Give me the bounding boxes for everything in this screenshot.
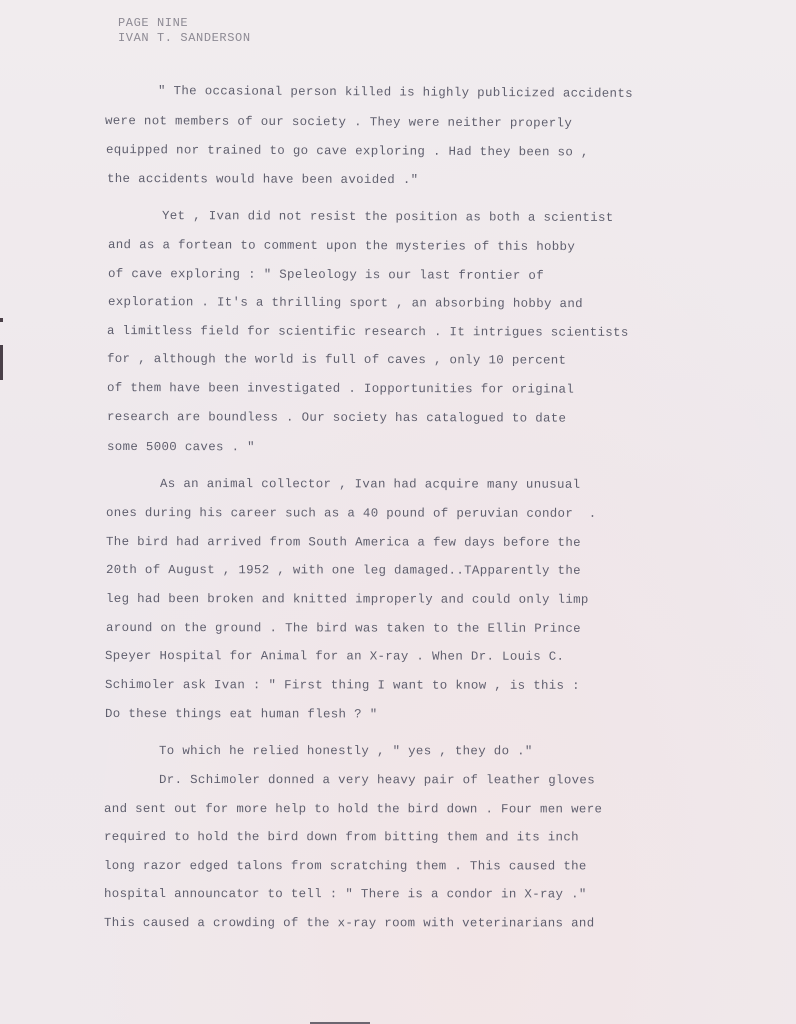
text-line: leg had been broken and knitted improper… <box>106 591 589 608</box>
text-line: exploration . It's a thrilling sport , a… <box>108 294 583 312</box>
author-name: IVAN T. SANDERSON <box>118 31 251 46</box>
text-line: required to hold the bird down from bitt… <box>104 829 579 845</box>
text-line: The bird had arrived from South America … <box>106 534 581 551</box>
text-line: and as a fortean to comment upon the mys… <box>108 237 575 255</box>
text-line: 20th of August , 1952 , with one leg dam… <box>106 562 581 579</box>
page-header: PAGE NINE IVAN T. SANDERSON <box>118 16 251 46</box>
text-line: " The occasional person killed is highly… <box>158 83 633 102</box>
document-page: PAGE NINE IVAN T. SANDERSON " The occasi… <box>0 0 796 1024</box>
text-line: the accidents would have been avoided ." <box>107 171 418 188</box>
text-line: Speyer Hospital for Animal for an X-ray … <box>105 648 564 665</box>
text-line: To which he relied honestly , " yes , th… <box>159 743 533 759</box>
text-line: around on the ground . The bird was take… <box>106 620 581 637</box>
text-line: hospital announcator to tell : " There i… <box>104 886 587 902</box>
text-line: a limitless field for scientific researc… <box>107 323 629 341</box>
text-line: Schimoler ask Ivan : " First thing I wan… <box>105 677 580 694</box>
text-line: of them have been investigated . Iopport… <box>107 380 574 398</box>
text-line: ones during his career such as a 40 poun… <box>106 505 597 522</box>
text-line: for , although the world is full of cave… <box>107 351 566 369</box>
text-line: As an animal collector , Ivan had acquir… <box>160 476 580 493</box>
left-edge-mark <box>0 318 3 322</box>
text-line: long razor edged talons from scratching … <box>104 858 587 874</box>
text-line: and sent out for more help to hold the b… <box>104 801 602 817</box>
text-line: equipped nor trained to go cave explorin… <box>106 142 589 161</box>
text-line: of cave exploring : " Speleology is our … <box>108 266 544 284</box>
text-line: Yet , Ivan did not resist the position a… <box>162 208 614 226</box>
left-edge-mark <box>0 345 3 380</box>
text-line: This caused a crowding of the x-ray room… <box>104 915 595 931</box>
text-line: Do these things eat human flesh ? " <box>105 706 378 722</box>
text-line: some 5000 caves . " <box>107 439 255 455</box>
page-number-label: PAGE NINE <box>118 16 251 31</box>
text-line: research are boundless . Our society has… <box>107 409 566 427</box>
text-line: were not members of our society . They w… <box>105 113 572 131</box>
text-line: Dr. Schimoler donned a very heavy pair o… <box>159 772 595 788</box>
